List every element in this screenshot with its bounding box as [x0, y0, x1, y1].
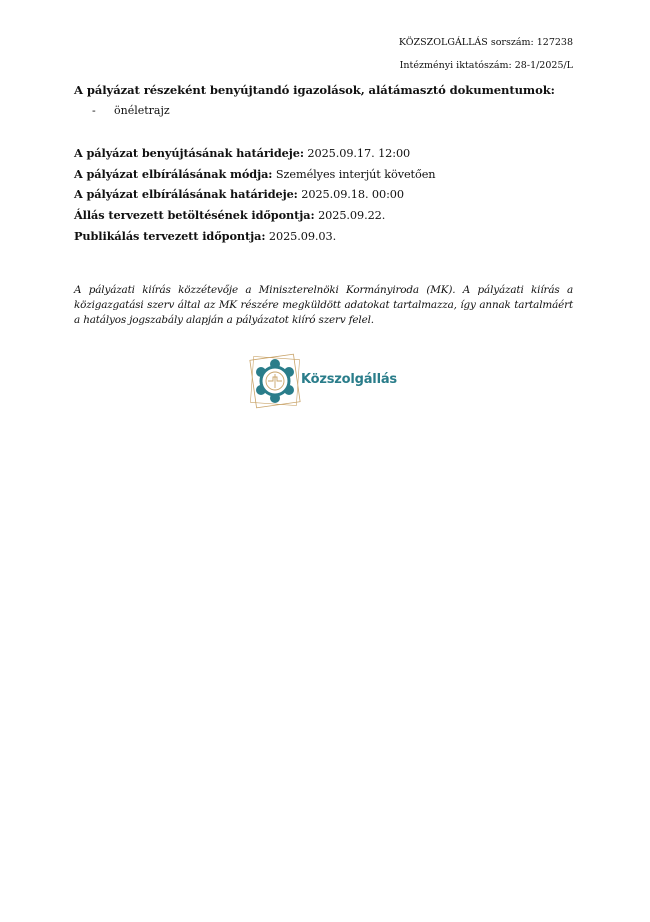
document-list-item: -önéletrajz	[92, 104, 170, 117]
detail-evaluation-deadline: A pályázat elbírálásának határideje: 202…	[74, 187, 404, 201]
document-item-text: önéletrajz	[114, 104, 170, 117]
detail-value: 2025.09.22.	[318, 209, 385, 222]
detail-value: Személyes interjút követően	[276, 168, 436, 181]
detail-value: 2025.09.17. 12:00	[307, 147, 410, 160]
detail-value: 2025.09.03.	[269, 230, 336, 243]
detail-label: A pályázat elbírálásának határideje:	[74, 187, 298, 201]
detail-label: Állás tervezett betöltésének időpontja:	[74, 208, 315, 222]
filing-number-line: Intézményi iktatószám: 28-1/2025/L	[400, 60, 573, 71]
kozszolgalas-logo-icon	[247, 352, 303, 410]
bullet-dash: -	[92, 104, 114, 117]
serial-number-line: KÖZSZOLGÁLLÁS sorszám: 127238	[399, 37, 573, 48]
detail-label: A pályázat elbírálásának módja:	[74, 167, 272, 181]
detail-planned-publication-date: Publikálás tervezett időpontja: 2025.09.…	[74, 229, 336, 243]
filing-number-label: Intézményi iktatószám:	[400, 60, 512, 71]
document-page: KÖZSZOLGÁLLÁS sorszám: 127238 Intézményi…	[0, 0, 650, 922]
publisher-disclaimer: A pályázati kiírás közzétevője a Miniszt…	[74, 283, 573, 328]
detail-evaluation-method: A pályázat elbírálásának módja: Személye…	[74, 167, 435, 181]
detail-planned-start-date: Állás tervezett betöltésének időpontja: …	[74, 208, 385, 222]
serial-number-label: KÖZSZOLGÁLLÁS sorszám:	[399, 37, 534, 48]
detail-label: Publikálás tervezett időpontja:	[74, 229, 265, 243]
logo-wordmark: Közszolgállás	[301, 372, 397, 387]
detail-submission-deadline: A pályázat benyújtásának határideje: 202…	[74, 146, 410, 160]
serial-number-value: 127238	[537, 37, 573, 48]
kozszolgalas-logo: Közszolgállás	[247, 352, 407, 412]
documents-section-title: A pályázat részeként benyújtandó igazolá…	[74, 83, 555, 97]
detail-value: 2025.09.18. 00:00	[301, 188, 404, 201]
filing-number-value: 28-1/2025/L	[515, 60, 573, 71]
detail-label: A pályázat benyújtásának határideje:	[74, 146, 304, 160]
